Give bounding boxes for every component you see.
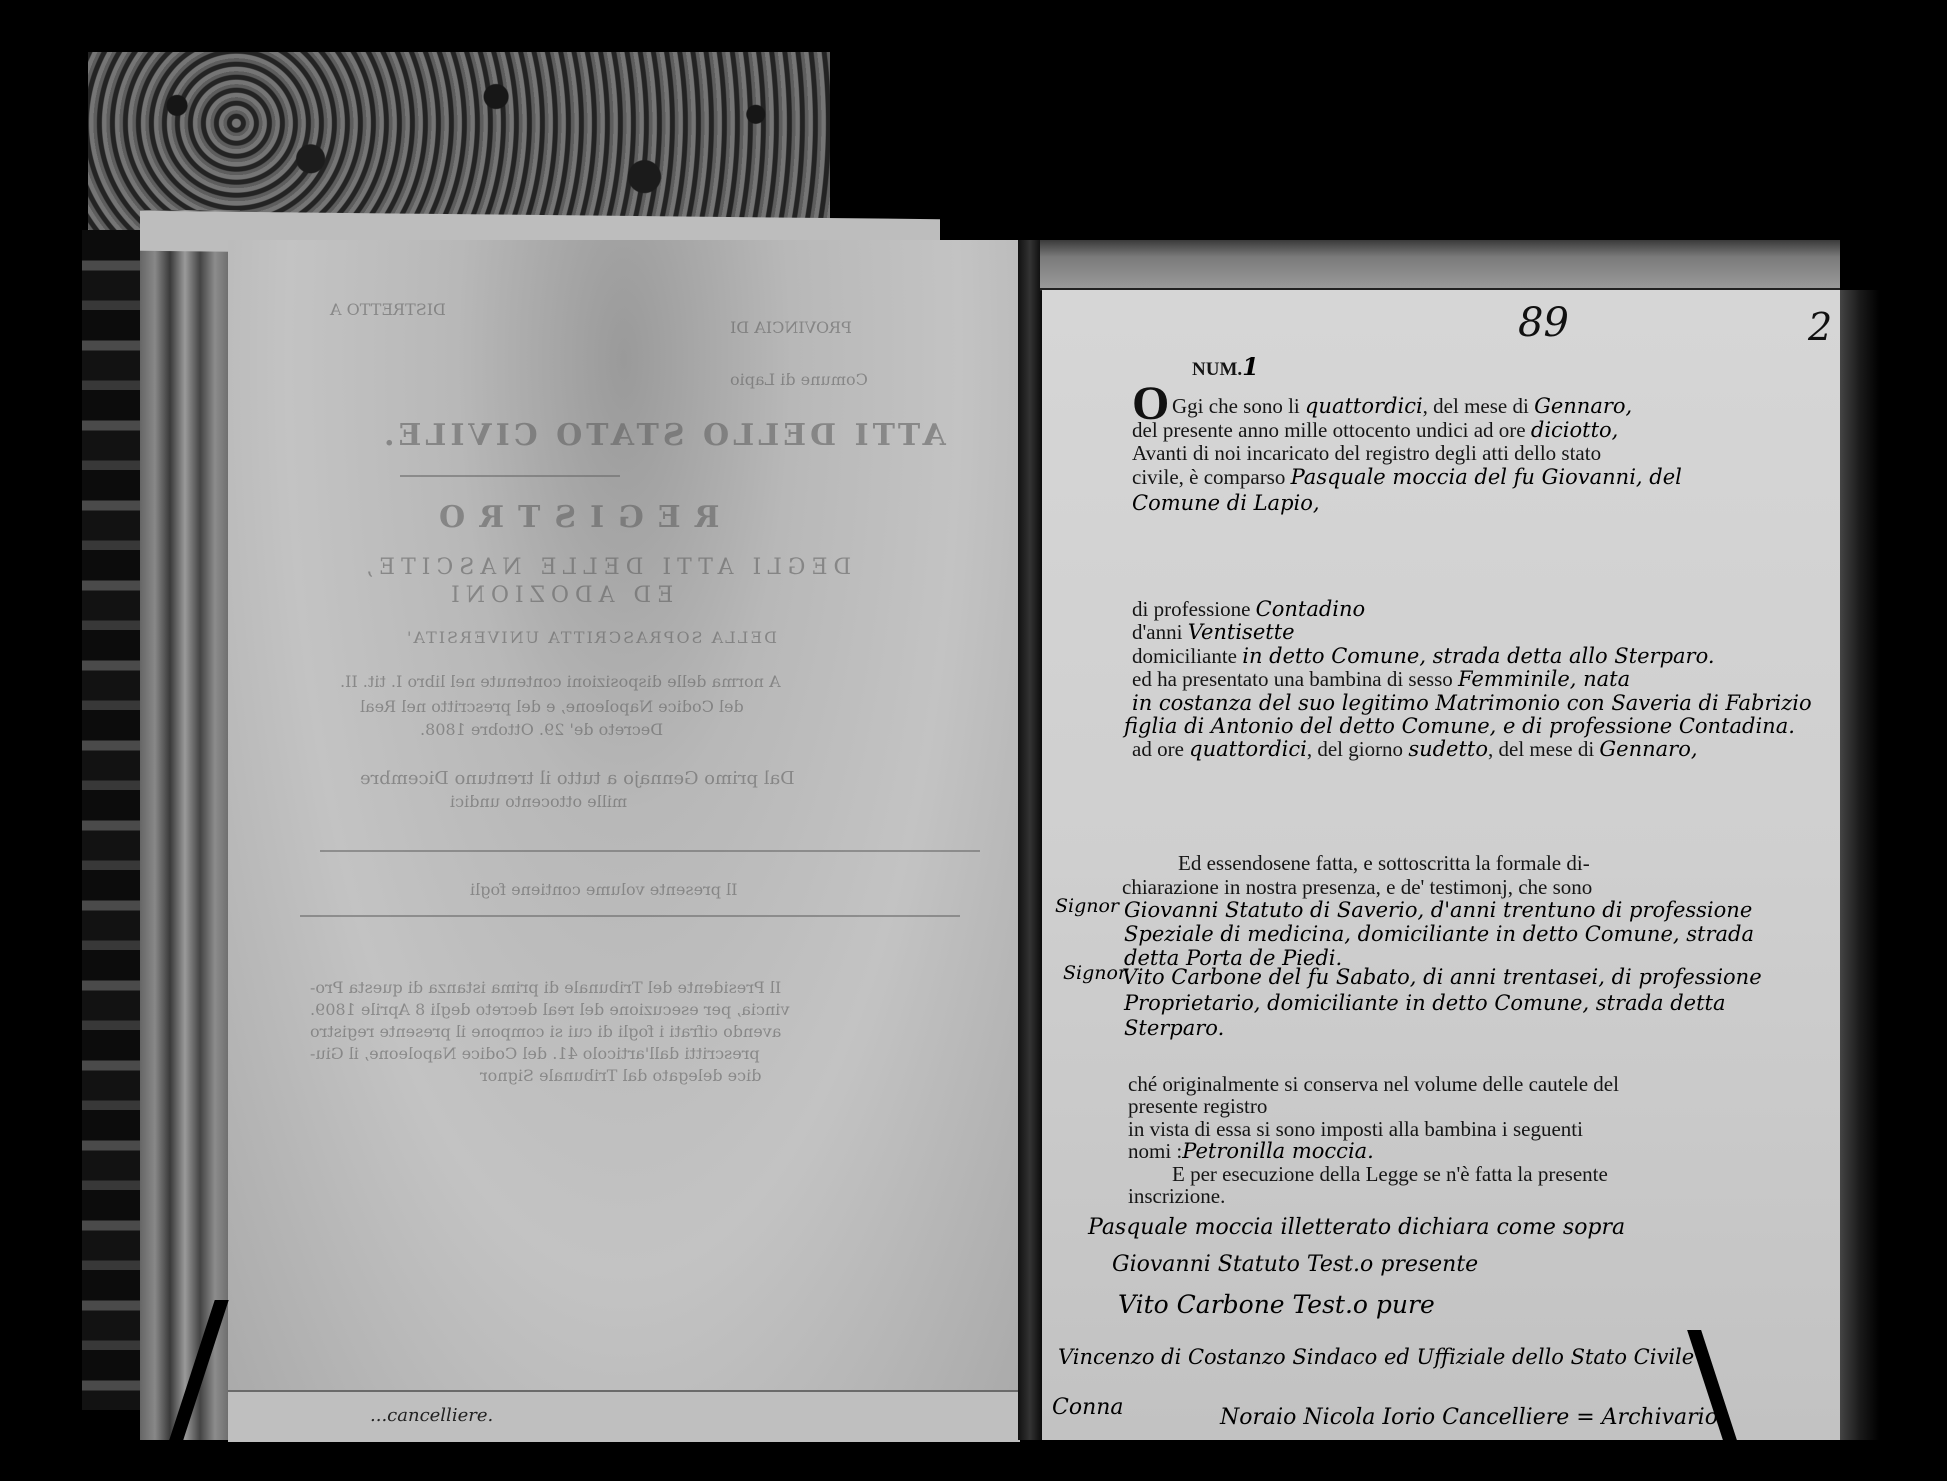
closing-line-2: presente registro — [1128, 1095, 1267, 1117]
signature-declarant: Pasquale moccia illetterato dichiara com… — [1088, 1215, 1625, 1240]
ghost-footer-1: Il Presidente del Tribunale di prima ist… — [310, 978, 781, 997]
cover-spine — [82, 230, 142, 1410]
declarant-line-7: ad ore quattordici, del giorno sudetto, … — [1132, 738, 1698, 760]
margin-signor-1: Signor — [1055, 895, 1119, 917]
right-page-top-strip — [1040, 240, 1840, 291]
closing-line-5: E per esecuzione della Legge se n'è fatt… — [1172, 1163, 1608, 1185]
num-label: NUM.1 — [1192, 356, 1259, 381]
ghost-subtitle-1: DEGLI ATTI DELLE NASCITE, — [360, 555, 851, 580]
ghost-norm-3: Decreto de' 29. Ottobre 1808. — [420, 720, 663, 739]
closing-line-4: nomi :Petronilla moccia. — [1128, 1140, 1374, 1162]
record-line-2: del presente anno mille ottocento undici… — [1132, 419, 1618, 441]
margin-conna: Conna — [1052, 1395, 1124, 1420]
witness-line-6: Vito Carbone del fu Sabato, di anni tren… — [1122, 965, 1762, 989]
ghost-period-1: Dal primo Gennajo a tutto il trentuno Di… — [360, 768, 795, 789]
ghost-registro: REGISTRO — [425, 500, 720, 535]
signature-mayor: Vincenzo di Costanzo Sindaco ed Uffizial… — [1058, 1345, 1694, 1369]
flyleaf-stack — [140, 210, 240, 1440]
ghost-title: ATTI DELLO STATO CIVILE. — [380, 418, 946, 453]
witness-line-3: Giovanni Statuto di Saverio, d'anni tren… — [1124, 898, 1752, 922]
ghost-footer-4: prescritti dall'articolo 41. del Codice … — [310, 1044, 760, 1063]
left-page-bottom-strip — [228, 1390, 1020, 1442]
ghost-period-2: mille ottocento undici — [450, 792, 627, 811]
signature-witness-1: Giovanni Statuto Test.o presente — [1112, 1252, 1478, 1277]
ghost-footer-5: dice delegato dal Tribunale Signor — [480, 1066, 762, 1085]
record-line-1: Ggi che sono li quattordici, del mese di… — [1172, 395, 1632, 417]
ghost-header-left: DISTRETTO A — [330, 300, 446, 319]
witness-line-1: Ed essendosene fatta, e sottoscritta la … — [1178, 852, 1590, 874]
declarant-line-2: d'anni Ventisette — [1132, 621, 1295, 643]
declarant-line-6: figlia di Antonio del detto Comune, e di… — [1124, 715, 1795, 737]
ghost-presente: Il presente volume contiene fogli — [470, 880, 737, 899]
signature-witness-2: Vito Carbone Test.o pure — [1118, 1290, 1435, 1319]
witness-line-4: Speziale di medicina, domiciliante in de… — [1124, 922, 1754, 946]
record-line-4: civile, è comparso Pasquale moccia del f… — [1132, 466, 1682, 488]
ghost-norm-1: A norma delle disposizioni contenute nel… — [340, 672, 781, 691]
declarant-line-3: domiciliante in detto Comune, strada det… — [1132, 645, 1715, 667]
witness-line-8: Sterparo. — [1124, 1016, 1224, 1040]
signature-chancellor: Noraio Nicola Iorio Cancelliere = Archiv… — [1220, 1405, 1718, 1430]
declarant-line-4: ed ha presentato una bambina di sesso Fe… — [1132, 668, 1630, 690]
declarant-line-1: di professione Contadino — [1132, 598, 1365, 620]
ghost-header-right: PROVINCIA DI — [730, 318, 852, 337]
record-line-3: Avanti di noi incaricato del registro de… — [1132, 442, 1601, 464]
ghost-rule-3 — [300, 915, 960, 917]
ghost-subtitle-2: ED ADOZIONI — [445, 583, 673, 608]
closing-line-1: ché originalmente si conserva nel volume… — [1128, 1073, 1619, 1095]
ghost-norm-2: del Codice Napoleone, e del prescritto n… — [360, 697, 744, 716]
declarant-line-5: in costanza del suo legitimo Matrimonio … — [1132, 692, 1812, 714]
marbled-cover — [88, 52, 830, 230]
folio-number: 89 — [1518, 300, 1569, 346]
record-line-5: Comune di Lapio, — [1132, 492, 1320, 514]
ghost-subtitle-3: DELLA SOPRASCRITTA UNIVERSITA' — [405, 628, 777, 647]
bottom-strip-text: ...cancelliere. — [370, 1405, 493, 1426]
ghost-header-right-sub: Comune di Lapio — [730, 370, 868, 389]
page-number: 2 — [1808, 305, 1832, 349]
margin-signor-2: Signor — [1063, 962, 1127, 984]
witness-line-2: chiarazione in nostra presenza, e de' te… — [1122, 876, 1592, 898]
closing-line-6: inscrizione. — [1128, 1185, 1225, 1207]
right-page-edge — [1840, 290, 1880, 1440]
ghost-rule-2 — [320, 850, 980, 852]
ghost-rule — [400, 475, 620, 477]
ghost-footer-2: vincia, per esecuzione del real decreto … — [310, 1000, 789, 1019]
ghost-footer-3: avendo cifrati i fogli di cui si compone… — [310, 1022, 781, 1041]
closing-line-3: in vista di essa si sono imposti alla ba… — [1128, 1118, 1583, 1140]
book-gutter — [1018, 240, 1042, 1440]
witness-line-7: Proprietario, domiciliante in detto Comu… — [1124, 991, 1725, 1015]
